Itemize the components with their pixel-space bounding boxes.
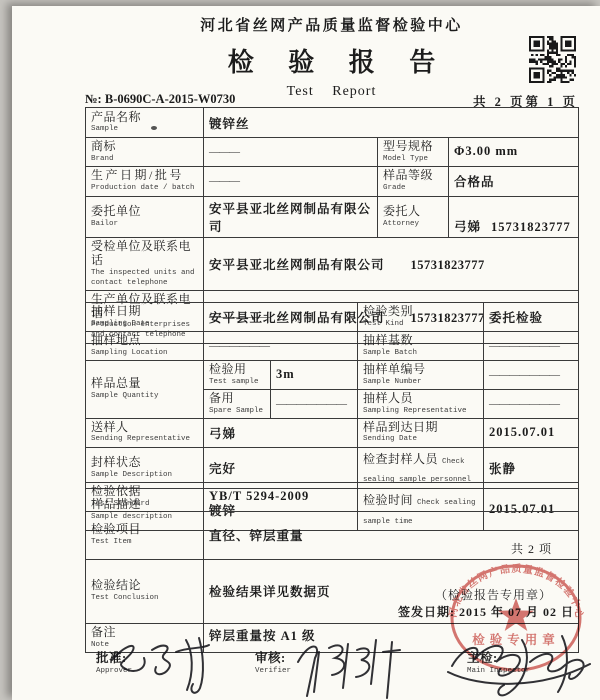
verifier-label: 审核: — [255, 652, 291, 666]
field-label: 抽样基数 — [363, 334, 478, 348]
field-label: 备注 — [91, 626, 198, 640]
field-value: Φ3.00 mm — [449, 138, 579, 167]
report-header: 河北省丝网产品质量监督检验中心 检 验 报 告 Test Report — [85, 14, 578, 100]
field-label: 委托单位 — [91, 205, 198, 219]
table-row: 商标Brand ——— 型号规格Model Type Φ3.00 mm — [86, 138, 579, 167]
test-items-value: 直径、锌层重量 — [209, 529, 304, 543]
table-row: 检验依据Test Standard YB/T 5294-2009 — [86, 483, 579, 512]
table-row: 检验结论Test Conclusion 检验结果详见数据页 （检验报告专用章） … — [86, 559, 579, 623]
field-label: 检验用 — [209, 363, 265, 377]
inspector-label: 主检: — [467, 652, 530, 666]
table-row: 送样人Sending Representative 弓娣 样品到达日期Sendi… — [86, 418, 579, 447]
field-label: 抽样人员 — [363, 392, 478, 406]
field-label: 检验依据 — [91, 485, 198, 499]
company-phone: 15731823777 — [411, 258, 485, 272]
form-table-bottom: 检验依据Test Standard YB/T 5294-2009 检验项目Tes… — [85, 482, 579, 653]
table-row: 抽样日期Sampling Date —————— 检验类别Test Kind 委… — [86, 303, 579, 332]
note-value: 锌层重量按 A1 级 — [204, 623, 579, 652]
attorney-phone: 15731823777 — [491, 220, 571, 234]
field-value: 安平县亚北丝网制品有限公司 — [204, 196, 378, 237]
field-value: 合格品 — [449, 166, 579, 196]
field-label: 生产日期/批号 — [91, 169, 198, 183]
qr-code-icon — [529, 36, 576, 83]
table-row: 委托单位Bailor 安平县亚北丝网制品有限公司 委托人Attorney 弓娣1… — [86, 196, 579, 237]
field-value: 委托检验 — [484, 303, 579, 332]
report-number-label: №: — [85, 92, 102, 106]
paper-sheet: 河北省丝网产品质量监督检验中心 检 验 报 告 Test Report №: B… — [12, 6, 600, 700]
field-value: ——— — [204, 166, 378, 196]
inspector-block: 主检: Main Inspector — [467, 652, 530, 676]
field-value: ——————— — [484, 331, 579, 360]
table-row: 备注Note 锌层重量按 A1 级 — [86, 623, 579, 652]
report-title: 检 验 报 告 — [85, 42, 578, 79]
field-value: —————— — [204, 331, 358, 360]
table-row: 抽样地点Sampling Location —————— 抽样基数Sample … — [86, 331, 579, 360]
field-label: 商标 — [91, 140, 198, 154]
field-label: 抽样日期 — [91, 305, 198, 319]
field-label: 抽样地点 — [91, 334, 198, 348]
field-value: YB/T 5294-2009 — [204, 483, 579, 512]
field-value: ——— — [204, 138, 378, 167]
field-value: 镀锌丝 — [204, 108, 579, 138]
field-label: 样品总量 — [91, 377, 198, 391]
field-value: 弓娣15731823777 — [449, 196, 579, 237]
table-row: 样品总量Sample Quantity 检验用Test sample 3m 抽样… — [86, 360, 579, 389]
field-value: 安平县亚北丝网制品有限公司15731823777 — [204, 237, 579, 290]
approver-block: 批准: Approver — [96, 652, 132, 676]
field-label: 委托人 — [383, 205, 443, 219]
field-value: 弓娣 — [204, 418, 358, 447]
table-row: 生产日期/批号Production date / batch ——— 样品等级G… — [86, 166, 579, 196]
field-label: 型号规格 — [383, 140, 443, 154]
field-label: 样品等级 — [383, 169, 443, 183]
field-value: ——————— — [484, 360, 579, 389]
field-label: 送样人 — [91, 421, 198, 435]
field-label: 备用 — [209, 392, 265, 406]
field-label: 抽样单编号 — [363, 363, 478, 377]
attorney-name: 弓娣 — [454, 220, 481, 234]
scanned-report-page: 河北省丝网产品质量监督检验中心 检 验 报 告 Test Report №: B… — [0, 0, 600, 700]
seal-note: （检验报告专用章） — [435, 586, 552, 603]
field-label: 检验类别 — [363, 305, 478, 319]
field-value: —————— — [204, 303, 358, 332]
company-name: 安平县亚北丝网制品有限公司 — [209, 258, 385, 272]
conclusion-value: 检验结果详见数据页 — [209, 585, 331, 599]
field-value: 3m — [271, 360, 358, 389]
field-value: ——————— — [271, 389, 358, 418]
field-label: 封样状态 — [91, 456, 198, 470]
approver-label: 批准: — [96, 652, 132, 666]
table-row: 受检单位及联系电话The inspected units and contact… — [86, 237, 579, 290]
item-count-note: 共 2 项 — [511, 540, 552, 557]
verifier-block: 审核: Verifier — [255, 652, 291, 676]
field-label: 检验项目 — [91, 523, 198, 537]
field-label: 受检单位及联系电话 — [91, 240, 198, 268]
issue-date: 签发日期: 2015 年 07 月 02 日 — [398, 603, 574, 620]
table-row: 产品名称Sample 镀锌丝 — [86, 108, 579, 138]
table-row: 检验项目Test Item 直径、锌层重量 共 2 项 — [86, 511, 579, 559]
org-name: 河北省丝网产品质量监督检验中心 — [85, 14, 578, 35]
field-value: ——————— — [484, 389, 579, 418]
field-label: 产品名称 — [91, 111, 198, 125]
report-number-value: B-0690C-A-2015-W0730 — [105, 92, 236, 106]
field-label: 检验结论 — [91, 579, 198, 593]
field-value: 2015.07.01 — [484, 418, 579, 447]
field-label: 样品到达日期 — [363, 421, 478, 435]
field-label: 检查封样人员 — [363, 452, 438, 466]
